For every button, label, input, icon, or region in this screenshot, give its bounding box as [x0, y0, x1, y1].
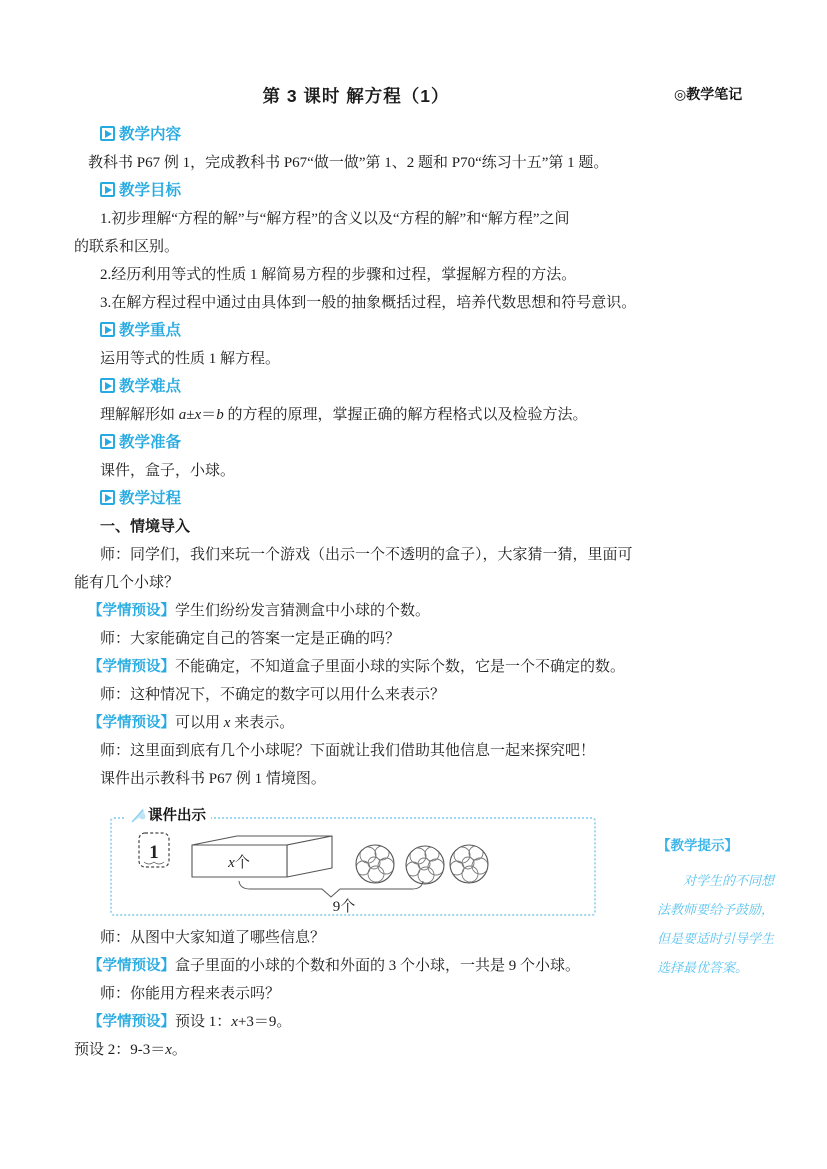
ball-sketch — [356, 845, 394, 883]
preset-line-1: 【学情预设】学生们纷纷发言猜测盒中小球的个数。 — [74, 597, 638, 625]
preparation-body: 课件，盒子，小球。 — [74, 457, 638, 485]
play-icon — [100, 434, 115, 449]
ball-sketch — [450, 845, 488, 883]
teacher-line-2: 师：大家能确定自己的答案一定是正确的吗？ — [74, 625, 638, 653]
section-heading-teaching-content: 教学内容 — [74, 121, 638, 149]
section-heading-preparation: 教学准备 — [74, 429, 638, 457]
teacher-line-5: 师：从图中大家知道了哪些信息？ — [74, 924, 638, 952]
ball-sketch — [406, 846, 444, 884]
preset-label: 【学情预设】 — [88, 1014, 175, 1030]
preset-line-4: 【学情预设】盒子里面的小球的个数和外面的 3 个小球，一共是 9 个小球。 — [74, 952, 638, 980]
courseware-note-line: 课件出示教科书 P67 例 1 情境图。 — [74, 765, 638, 793]
example-number-icon: 1 — [139, 833, 169, 867]
page-title: 第 3 课时 解方程（1） — [74, 84, 638, 108]
example-figure: 1 x个 9个 — [112, 819, 594, 914]
preset-line-3: 【学情预设】可以用 x 来表示。 — [74, 709, 638, 737]
preset-line-6: 预设 2：9-3＝x。 — [74, 1036, 638, 1064]
teacher-line-1a: 师：同学们，我们来玩一个游戏（出示一个不透明的盒子），大家猜一猜，里面可 — [74, 541, 638, 569]
main-column: 第 3 课时 解方程（1） 教学内容 教科书 P67 例 1，完成教科书 P67… — [74, 84, 638, 1064]
variable-x: x — [231, 1014, 238, 1030]
section-label: 教学过程 — [119, 490, 181, 507]
tip-text-line: 选择最优答案。 — [657, 953, 782, 982]
brace-total-label: 9个 — [333, 898, 356, 914]
key-point-body: 运用等式的性质 1 解方程。 — [74, 345, 638, 373]
play-icon — [100, 126, 115, 141]
teaching-tip-label: 【教学提示】 — [657, 831, 782, 860]
margin-notes-header: ◎教学笔记 — [674, 84, 742, 104]
play-icon — [100, 182, 115, 197]
teacher-line-1b: 能有几个小球？ — [74, 569, 638, 597]
box-sketch — [192, 836, 332, 877]
preset-label: 【学情预设】 — [88, 603, 175, 619]
section-label: 教学难点 — [119, 378, 181, 395]
tip-text-line: 但是要适时引导学生 — [657, 924, 782, 953]
play-icon — [100, 490, 115, 505]
play-icon — [100, 322, 115, 337]
section-heading-teaching-goals: 教学目标 — [74, 177, 638, 205]
svg-text:1: 1 — [149, 842, 159, 863]
preset-label: 【学情预设】 — [88, 659, 175, 675]
section-label: 教学目标 — [119, 182, 181, 199]
variable-x: x — [165, 1042, 172, 1058]
tip-text-line: 对学生的不同想 — [657, 866, 782, 895]
teacher-line-4: 师：这里面到底有几个小球呢？下面就让我们借助其他信息一起来探究吧！ — [74, 737, 638, 765]
section-label: 教学重点 — [119, 322, 181, 339]
goal-item-3: 3.在解方程过程中通过由具体到一般的抽象概括过程，培养代数思想和符号意识。 — [74, 289, 638, 317]
section-label: 教学准备 — [119, 434, 181, 451]
courseware-figure-panel: 课件出示 1 — [110, 817, 596, 916]
goal-item-1-line-2: 的联系和区别。 — [74, 233, 638, 261]
subsection-intro: 一、情境导入 — [74, 513, 638, 541]
lesson-plan-page: ◎教学笔记 第 3 课时 解方程（1） 教学内容 教科书 P67 例 1，完成教… — [0, 0, 827, 1169]
preset-line-5: 【学情预设】预设 1：x+3＝9。 — [74, 1008, 638, 1036]
section-label: 教学内容 — [119, 126, 181, 143]
teacher-line-3: 师：这种情况下，不确定的数字可以用什么来表示？ — [74, 681, 638, 709]
brace — [239, 881, 423, 897]
difficulty-body: 理解解形如 a±x＝b 的方程的原理，掌握正确的解方程格式以及检验方法。 — [74, 401, 638, 429]
preset-line-2: 【学情预设】不能确定，不知道盒子里面小球的实际个数，它是一个不确定的数。 — [74, 653, 638, 681]
teaching-tip-note: 【教学提示】 对学生的不同想 法教师要给予鼓励， 但是要适时引导学生 选择最优答… — [657, 831, 782, 982]
section-heading-process: 教学过程 — [74, 485, 638, 513]
preset-label: 【学情预设】 — [88, 715, 175, 731]
teaching-content-body: 教科书 P67 例 1，完成教科书 P67“做一做”第 1、2 题和 P70“练… — [74, 149, 638, 177]
variable-b: b — [216, 407, 224, 423]
play-icon — [100, 378, 115, 393]
teacher-line-6: 师：你能用方程来表示吗？ — [74, 980, 638, 1008]
section-heading-key-point: 教学重点 — [74, 317, 638, 345]
goal-item-2: 2.经历利用等式的性质 1 解简易方程的步骤和过程，掌握解方程的方法。 — [74, 261, 638, 289]
box-count-label: x个 — [227, 854, 250, 871]
goal-item-1-line-1: 1.初步理解“方程的解”与“解方程”的含义以及“方程的解”和“解方程”之间 — [74, 205, 638, 233]
section-heading-difficulty: 教学难点 — [74, 373, 638, 401]
tip-text-line: 法教师要给予鼓励， — [657, 895, 782, 924]
preset-label: 【学情预设】 — [88, 958, 175, 974]
